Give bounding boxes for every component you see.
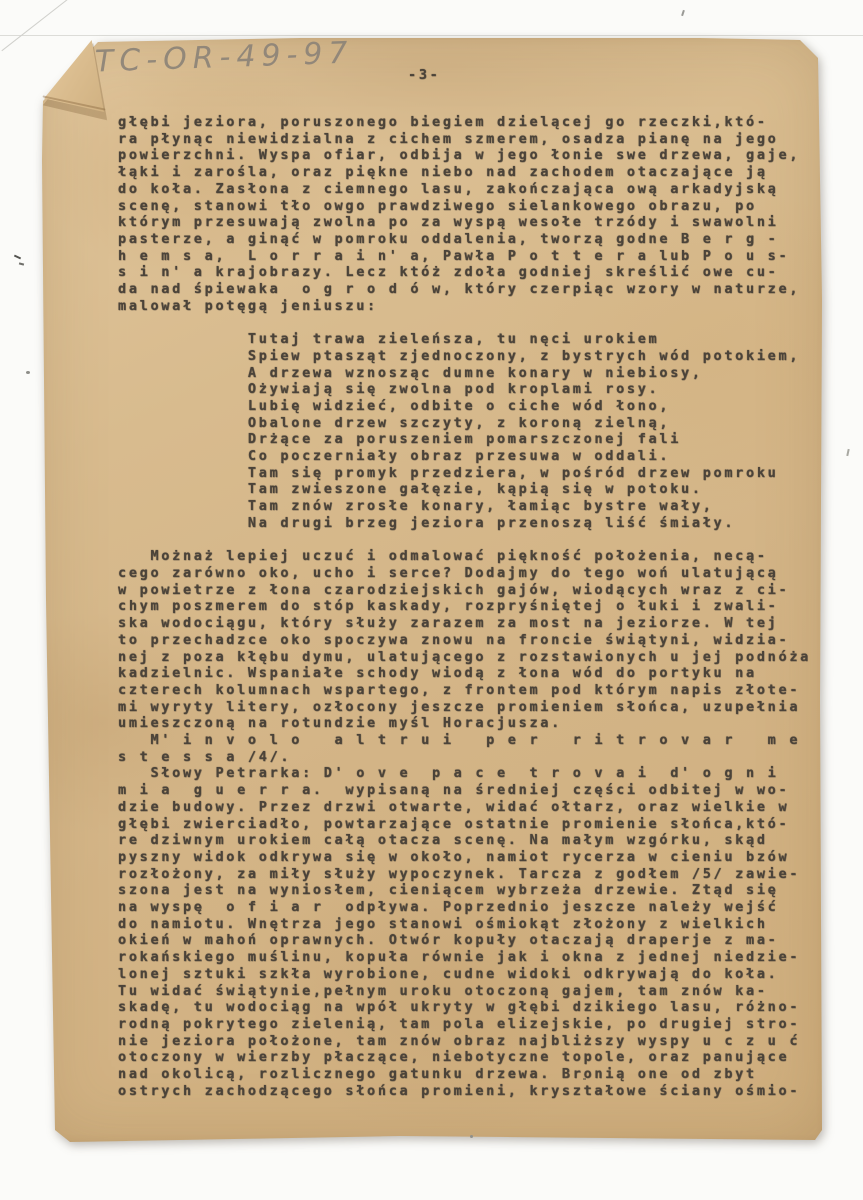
page-number: -3- bbox=[408, 67, 440, 83]
scanned-page-background: TC-OR-49-97 -3- głębi jeziora, poruszone… bbox=[0, 0, 863, 1200]
scan-speck bbox=[470, 1135, 473, 1138]
scan-speck bbox=[26, 371, 30, 374]
scan-speck bbox=[583, 1078, 586, 1080]
typewritten-text: głębi jeziora, poruszonego biegiem dziel… bbox=[118, 114, 811, 1099]
